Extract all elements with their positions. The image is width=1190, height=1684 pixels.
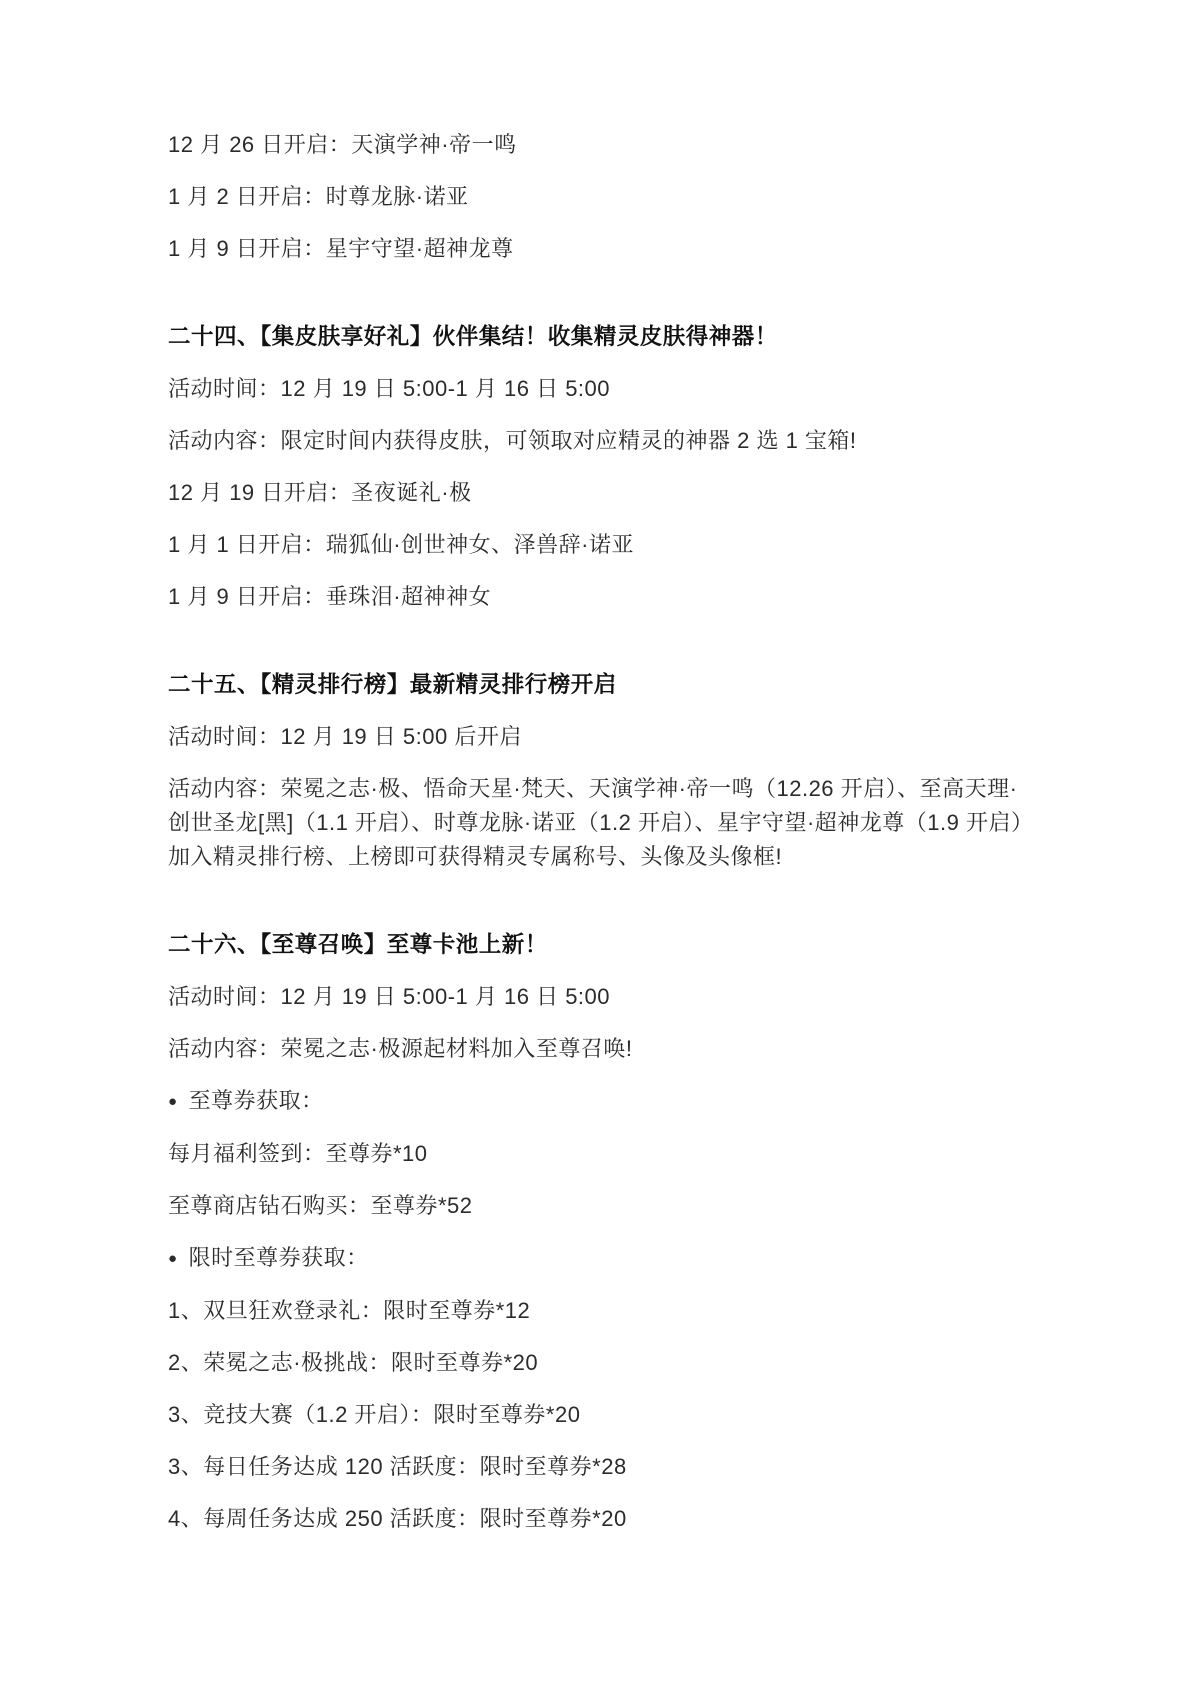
numbered-item: 2、荣冕之志·极挑战：限时至尊券*20: [168, 1346, 1028, 1380]
activity-time-line: 活动时间：12 月 19 日 5:00-1 月 16 日 5:00: [168, 372, 1028, 406]
document-page: 12 月 26 日开启：天演学神·帝一鸣 1 月 2 日开启：时尊龙脉·诺亚 1…: [0, 0, 1190, 1684]
schedule-line: 12 月 19 日开启：圣夜诞礼·极: [168, 476, 1028, 510]
schedule-line: 1 月 9 日开启：垂珠泪·超神神女: [168, 580, 1028, 614]
schedule-line: 1 月 1 日开启：瑞狐仙·创世神女、泽兽辞·诺亚: [168, 528, 1028, 562]
section-24-heading: 二十四、【集皮肤享好礼】伙伴集结！收集精灵皮肤得神器！: [168, 320, 1028, 354]
numbered-item: 4、每周任务达成 250 活跃度：限时至尊券*20: [168, 1502, 1028, 1536]
reward-line: 每月福利签到：至尊券*10: [168, 1137, 1028, 1171]
reward-line: 至尊商店钻石购买：至尊券*52: [168, 1189, 1028, 1223]
schedule-line: 1 月 2 日开启：时尊龙脉·诺亚: [168, 180, 1028, 214]
bullet-line-text: 限时至尊券获取：: [189, 1245, 369, 1270]
numbered-item: 1、双旦狂欢登录礼：限时至尊券*12: [168, 1294, 1028, 1328]
bullet-line: ●至尊券获取：: [168, 1084, 1028, 1119]
activity-content-line: 活动内容：限定时间内获得皮肤，可领取对应精灵的神器 2 选 1 宝箱!: [168, 424, 1028, 458]
section-26-heading: 二十六、【至尊召唤】至尊卡池上新！: [168, 928, 1028, 962]
activity-time-line: 活动时间：12 月 19 日 5:00 后开启: [168, 720, 1028, 754]
numbered-item: 3、每日任务达成 120 活跃度：限时至尊券*28: [168, 1450, 1028, 1484]
bullet-line: ●限时至尊券获取：: [168, 1241, 1028, 1276]
activity-content-line: 活动内容：荣冕之志·极、悟命天星·梵天、天演学神·帝一鸣（12.26 开启）、至…: [168, 772, 1028, 874]
bullet-line-text: 至尊券获取：: [189, 1088, 324, 1113]
bullet-icon: ●: [168, 1242, 178, 1276]
numbered-item: 3、竞技大赛（1.2 开启）：限时至尊券*20: [168, 1398, 1028, 1432]
schedule-line: 12 月 26 日开启：天演学神·帝一鸣: [168, 128, 1028, 162]
activity-content-line: 活动内容：荣冕之志·极源起材料加入至尊召唤!: [168, 1032, 1028, 1066]
section-25-heading: 二十五、【精灵排行榜】最新精灵排行榜开启: [168, 668, 1028, 702]
activity-time-line: 活动时间：12 月 19 日 5:00-1 月 16 日 5:00: [168, 980, 1028, 1014]
bullet-icon: ●: [168, 1085, 178, 1119]
schedule-line: 1 月 9 日开启：星宇守望·超神龙尊: [168, 232, 1028, 266]
